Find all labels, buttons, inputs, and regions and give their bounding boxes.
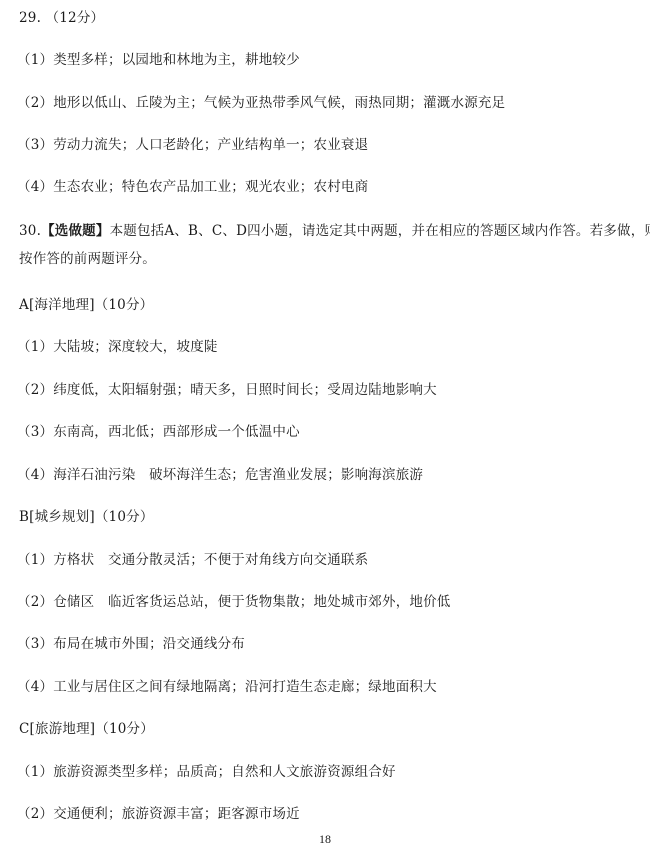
q30-number: 30. <box>19 223 41 239</box>
q29-answer-2: （2）地形以低山、丘陵为主；气候为亚热带季风气候，雨热同期；灌溉水源充足 <box>17 94 505 112</box>
section-c-answer-2: （2）交通便利；旅游资源丰富；距客源市场近 <box>17 805 300 823</box>
q30-intro-line2: 按作答的前两题评分。 <box>19 250 156 268</box>
section-a-answer-3: （3）东南高，西北低；西部形成一个低温中心 <box>17 423 300 441</box>
q30-intro-text: 本题包括A、B、C、D四小题，请选定其中两题，并在相应的答题区域内作答。若多做，… <box>110 223 650 239</box>
section-b-answer-2: （2）仓储区 临近客货运总站，便于货物集散；地处城市郊外，地价低 <box>17 593 451 611</box>
q29-answer-4: （4）生态农业；特色农产品加工业；观光农业；农村电商 <box>17 178 368 196</box>
section-b-title: B[城乡规划]（10分） <box>19 508 154 526</box>
section-c-title: C[旅游地理]（10分） <box>19 720 154 738</box>
q29-answer-1: （1）类型多样；以园地和林地为主，耕地较少 <box>17 51 300 69</box>
section-a-answer-1: （1）大陆坡；深度较大，坡度陡 <box>17 338 218 356</box>
q29-title: 29. （12分） <box>19 9 104 27</box>
section-a-title: A[海洋地理]（10分） <box>19 296 153 314</box>
section-a-answer-4: （4）海洋石油污染 破坏海洋生态；危害渔业发展；影响海滨旅游 <box>17 466 423 484</box>
section-c-answer-1: （1）旅游资源类型多样；品质高；自然和人文旅游资源组合好 <box>17 763 396 781</box>
q30-bracket-label: 【选做题】 <box>41 223 110 239</box>
section-a-answer-2: （2）纬度低，太阳辐射强；晴天多，日照时间长；受周边陆地影响大 <box>17 381 437 399</box>
section-b-answer-3: （3）布局在城市外围；沿交通线分布 <box>17 635 245 653</box>
section-b-answer-1: （1）方格状 交通分散灵活；不便于对角线方向交通联系 <box>17 551 368 569</box>
q29-answer-3: （3）劳动力流失；人口老龄化；产业结构单一；农业衰退 <box>17 136 368 154</box>
q30-intro: 30.【选做题】本题包括A、B、C、D四小题，请选定其中两题，并在相应的答题区域… <box>19 222 650 240</box>
section-b-answer-4: （4）工业与居住区之间有绿地隔离；沿河打造生态走廊；绿地面积大 <box>17 678 437 696</box>
page-number: 18 <box>0 832 650 847</box>
